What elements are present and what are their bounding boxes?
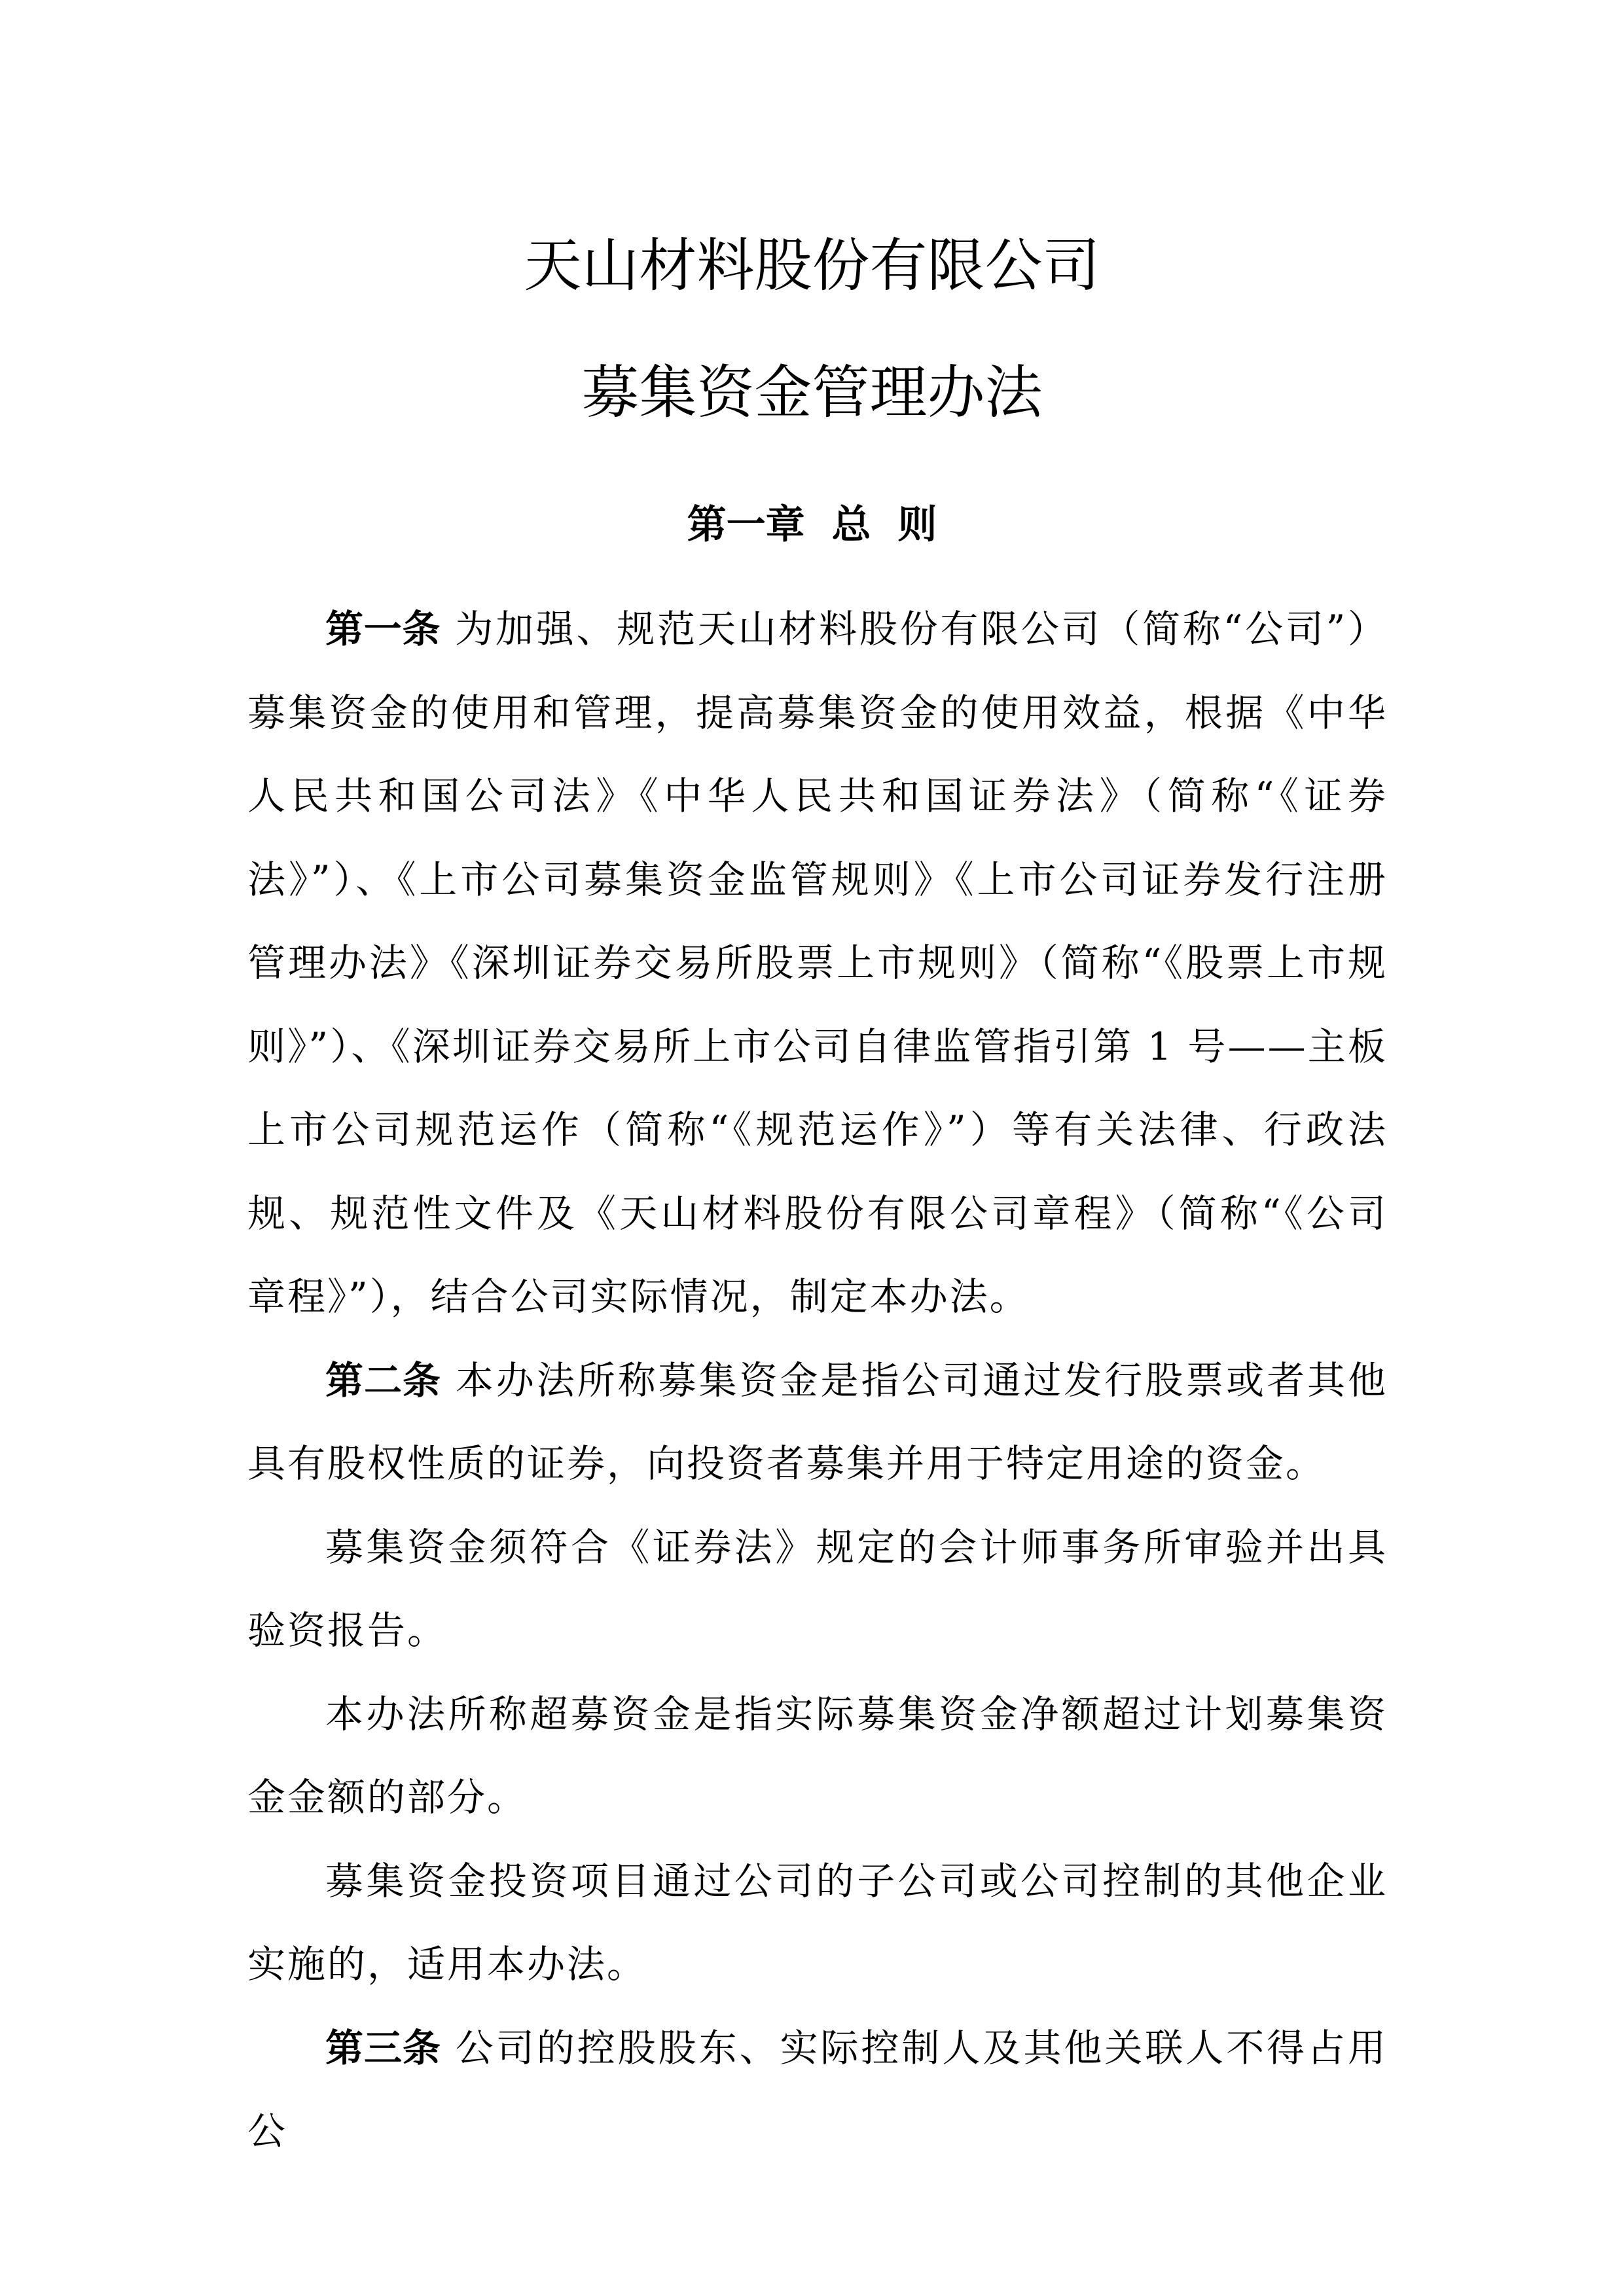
document-title: 募集资金管理办法 [0,364,1624,422]
subsidiary-scope-paragraph: 募集资金投资项目通过公司的子公司或公司控制的其他企业实施的，适用本办法。 [247,1840,1388,2007]
paragraph-text: 募集资金须符合《证券法》规定的会计师事务所审验并出具验资报告。 [247,1525,1388,1653]
article-2-paragraph: 第二条本办法所称募集资金是指公司通过发行股票或者其他具有股权性质的证券，向投资者… [247,1339,1388,1506]
paragraph-text: 本办法所称超募资金是指实际募集资金净额超过计划募集资金金额的部分。 [247,1692,1388,1820]
document-body: 第一条为加强、规范天山材料股份有限公司（简称“公司”）募集资金的使用和管理，提高… [247,588,1388,2174]
article-3-paragraph: 第三条公司的控股股东、实际控制人及其他关联人不得占用公 [247,2007,1388,2174]
paragraph-text: 募集资金投资项目通过公司的子公司或公司控制的其他企业实施的，适用本办法。 [247,1859,1388,1987]
chapter-heading: 第一章 总 则 [0,505,1624,545]
capital-verification-paragraph: 募集资金须符合《证券法》规定的会计师事务所审验并出具验资报告。 [247,1506,1388,1673]
document-page: 天山材料股份有限公司 募集资金管理办法 第一章 总 则 第一条为加强、规范天山材… [0,0,1624,2296]
article-1-paragraph: 第一条为加强、规范天山材料股份有限公司（简称“公司”）募集资金的使用和管理，提高… [247,588,1388,1339]
article-label: 第一条 [325,607,441,651]
article-label: 第三条 [325,2026,441,2070]
excess-funds-paragraph: 本办法所称超募资金是指实际募集资金净额超过计划募集资金金额的部分。 [247,1673,1388,1840]
article-label: 第二条 [325,1358,441,1403]
paragraph-text: 为加强、规范天山材料股份有限公司（简称“公司”）募集资金的使用和管理，提高募集资… [247,607,1388,1319]
company-title: 天山材料股份有限公司 [0,237,1624,295]
